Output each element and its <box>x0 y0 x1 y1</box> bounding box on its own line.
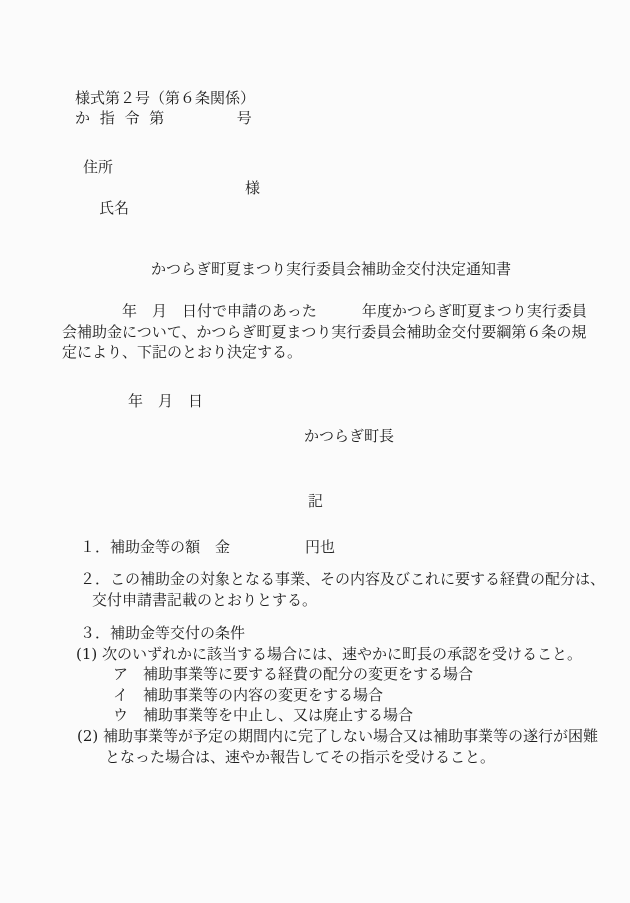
body-line: 定により、下記のとおり決定する。 <box>0 342 630 363</box>
body-line: 会補助金について、かつらぎ町夏まつり実行委員会補助金交付要綱第６条の規 <box>0 322 630 343</box>
condition-1-option-b: イ 補助事業等の内容の変更をする場合 <box>0 685 630 706</box>
decision-date-line: 年 月 日 <box>0 391 630 411</box>
directive-number-line: か 指 令 第 号 <box>0 108 630 128</box>
record-marker: 記 <box>0 491 630 511</box>
condition-1-option-a: ア 補助事業等に要する経費の配分の変更をする場合 <box>0 664 630 685</box>
recipient-address-label: 住所 <box>0 157 630 177</box>
recipient-honorific: 様 <box>245 178 260 198</box>
condition-2-line-1: (2) 補助事業等が予定の期間内に完了しない場合又は補助事業等の遂行が困難 <box>0 726 630 747</box>
recipient-name-line: 氏名 様 <box>0 178 630 258</box>
item-subsidy-target-line: 交付申請書記載のとおりとする。 <box>0 590 630 611</box>
item-subsidy-target-line: ２．この補助金の対象となる事業、その内容及びこれに要する経費の配分は、 <box>0 569 630 590</box>
form-number: 様式第２号（第６条関係） <box>0 88 630 108</box>
condition-1-option-c: ウ 補助事業等を中止し、又は廃止する場合 <box>0 705 630 726</box>
body-line: 年 月 日付で申請のあった 年度かつらぎ町夏まつり実行委員 <box>0 301 630 322</box>
recipient-name-label: 氏名 <box>99 199 129 217</box>
item-grant-conditions-heading: ３．補助金等交付の条件 <box>0 623 630 644</box>
document-page: 様式第２号（第６条関係） か 指 令 第 号 住所 氏名 様 かつらぎ町夏まつり… <box>0 0 630 903</box>
body-paragraph: 年 月 日付で申請のあった 年度かつらぎ町夏まつり実行委員 会補助金について、か… <box>0 301 630 363</box>
condition-2-line-2: となった場合は、速やか報告してその指示を受けること。 <box>0 747 630 768</box>
item-subsidy-target: ２．この補助金の対象となる事業、その内容及びこれに要する経費の配分は、 交付申請… <box>0 569 630 610</box>
document-title: かつらぎ町夏まつり実行委員会補助金交付決定通知書 <box>0 259 630 279</box>
issuer-title: かつらぎ町長 <box>0 426 630 446</box>
item-subsidy-amount: １．補助金等の額 金 円也 <box>0 537 630 557</box>
condition-1: (1) 次のいずれかに該当する場合には、速やかに町長の承認を受けること。 <box>0 644 630 665</box>
item-grant-conditions: ３．補助金等交付の条件 (1) 次のいずれかに該当する場合には、速やかに町長の承… <box>0 623 630 767</box>
